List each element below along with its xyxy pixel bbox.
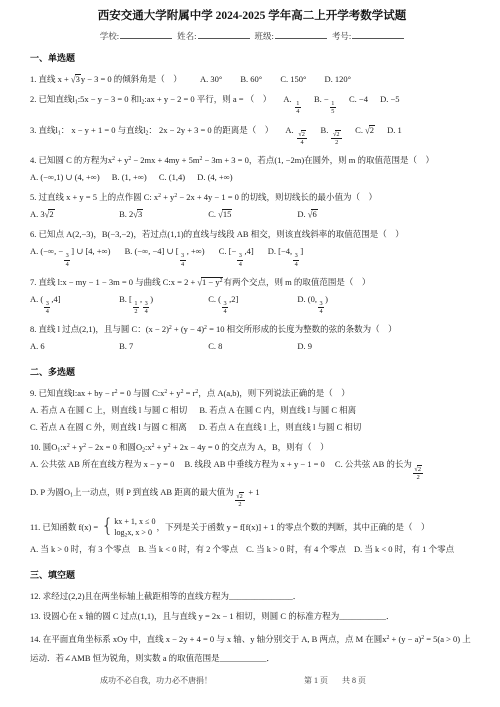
- field-school: 学校:: [100, 30, 172, 42]
- q7-option-a: A. (34,4]: [30, 293, 117, 316]
- q9-option-d: D. 若点 A 在直线 l 上，则直线 l 与圆 C 相切: [199, 421, 361, 433]
- q10-option-d: D. P 为圆O1上一动点，则 P 到直线 AB 距离的最大值为√22 + 1: [30, 486, 260, 509]
- q5-option-c: C. √15: [208, 208, 295, 220]
- question-2: 2. 已知直线l1:5x − y − 3 = 0 和l2:ax + y − 2 …: [30, 93, 474, 116]
- q13-stem: 13. 设圆心在 x 轴的圆 C 过点(1,1)，且与直线 y = 2x − 1…: [30, 611, 394, 621]
- question-13: 13. 设圆心在 x 轴的圆 C 过点(1,1)，且与直线 y = 2x − 1…: [30, 610, 474, 622]
- section-3-header: 三、填空题: [30, 570, 474, 581]
- exam-no-blank-line[interactable]: [352, 30, 404, 39]
- name-blank-line[interactable]: [198, 30, 250, 39]
- q4-option-a: A. (−∞,1) ∪ (4, +∞): [30, 171, 100, 183]
- q3-stem: 3. 直线l1： x − y + 1 = 0 与直线l2： 2x − 2y + …: [30, 125, 273, 135]
- q10-option-b: B. 线段 AB 中垂线方程为 x + y − 1 = 0: [185, 458, 325, 470]
- q14-stem: 14. 在平面直角坐标系 xOy 中，直线 x − 2y + 4 = 0 与 x…: [30, 634, 471, 663]
- q12-stem: 12. 求经过(2,2)且在两坐标轴上截距相等的直线方程为___________…: [30, 591, 301, 601]
- question-10-options-abc: A. 公共弦 AB 所在直线方程为 x − y = 0 B. 线段 AB 中垂线…: [30, 458, 474, 481]
- q11-option-c: C. 当 k > 0 时，有 4 个零点: [246, 543, 346, 555]
- name-label: 姓名:: [177, 31, 196, 41]
- q4-stem: 4. 已知圆 C 的方程为x2 + y2 − 2mx + 4my + 5m2 −…: [30, 155, 434, 165]
- field-name: 姓名:: [177, 30, 249, 42]
- page-footer: 成功不必自我，功力必不唐捐！ 第 1 页 共 8 页: [30, 676, 474, 686]
- q7-option-d: D. (0,34): [297, 293, 384, 316]
- question-9-options-ab: A. 若点 A 在圆 C 上，则直线 l 与圆 C 相切 B. 若点 A 在圆 …: [30, 404, 474, 416]
- page-number-total: 共 8 页: [342, 676, 366, 686]
- school-blank-line[interactable]: [120, 30, 172, 39]
- question-9: 9. 已知直线l:ax + by − r2 = 0 与圆 C:x2 + y2 =…: [30, 387, 474, 399]
- q3-option-d: D. 1: [387, 124, 402, 136]
- footer-motto: 成功不必自我，功力必不唐捐！: [100, 676, 212, 686]
- q10-stem: 10. 圆O1:x2 + y2 − 2x = 0 和圆O2:x2 + y2 + …: [30, 442, 329, 452]
- class-blank-line[interactable]: [275, 30, 327, 39]
- question-8-options: A. 6 B. 7 C. 8 D. 9: [30, 340, 474, 352]
- question-9-options-cd: C. 若点 A 在圆 C 外，则直线 l 与圆 C 相离 D. 若点 A 在直线…: [30, 421, 474, 433]
- q11-stem: 11. 已知函数 f(x) = {kx + 1, x ≤ 0log2x, x >…: [30, 522, 430, 532]
- q1-option-d: D. 120°: [325, 73, 352, 85]
- question-12: 12. 求经过(2,2)且在两坐标轴上截距相等的直线方程为___________…: [30, 590, 474, 602]
- exam-page: 西安交通大学附属中学 2024-2025 学年高二上开学考数学试题 学校: 姓名…: [0, 0, 500, 707]
- exam-no-label: 考号:: [332, 31, 351, 41]
- q3-option-a: A. √24: [285, 124, 308, 147]
- question-5-options: A. 3√2 B. 2√3 C. √15 D. √6: [30, 208, 474, 220]
- question-7-options: A. (34,4] B. [12,34) C. (34,2] D. (0,34): [30, 293, 474, 316]
- q3-option-c: C. √2: [355, 124, 375, 136]
- q1-option-b: B. 60°: [240, 73, 262, 85]
- question-1: 1. 直线 x + √3y − 3 = 0 的倾斜角是（ ） A. 30° B.…: [30, 73, 474, 85]
- q6-option-d: D. [−4,34]: [268, 245, 303, 268]
- q8-option-c: C. 8: [208, 340, 295, 352]
- q7-option-c: C. (34,2]: [208, 293, 295, 316]
- question-3: 3. 直线l1： x − y + 1 = 0 与直线l2： 2x − 2y + …: [30, 124, 474, 147]
- q2-option-d: D. −5: [380, 93, 399, 105]
- student-info-row: 学校: 姓名: 班级: 考号:: [30, 30, 474, 42]
- q6-stem: 6. 已知点 A(2,−3)，B(−3,−2)，若过点(1,1)的直线与线段 A…: [30, 229, 404, 239]
- q4-option-c: C. (1,4): [159, 171, 185, 183]
- q2-option-c: C. −4: [349, 93, 368, 105]
- q2-option-a: A. 14: [283, 93, 302, 116]
- q11-option-b: B. 当 k < 0 时，有 2 个零点: [138, 543, 238, 555]
- page-number-current: 第 1 页: [304, 676, 328, 686]
- q7-option-b: B. [12,34): [119, 293, 206, 316]
- q1-option-a: A. 30°: [200, 73, 222, 85]
- question-10-option-d: D. P 为圆O1上一动点，则 P 到直线 AB 距离的最大值为√22 + 1: [30, 486, 474, 509]
- q10-option-a: A. 公共弦 AB 所在直线方程为 x − y = 0: [30, 458, 174, 470]
- q6-option-a: A. (−∞, −34] ∪ [4, +∞): [30, 245, 110, 268]
- question-5: 5. 过直线 x + y = 5 上的点作圆 C: x2 + y2 − 2x +…: [30, 191, 474, 203]
- q11-option-a: A. 当 k > 0 时，有 3 个零点: [30, 543, 130, 555]
- q9-option-a: A. 若点 A 在圆 C 上，则直线 l 与圆 C 相切: [30, 404, 187, 416]
- question-8: 8. 直线 l 过点(2,1)，且与圆 C：(x − 2)2 + (y − 4)…: [30, 323, 474, 335]
- page-title: 西安交通大学附属中学 2024-2025 学年高二上开学考数学试题: [30, 8, 474, 24]
- q10-option-c: C. 公共弦 AB 的长为√22: [335, 458, 425, 481]
- q5-option-a: A. 3√2: [30, 208, 117, 220]
- question-7: 7. 直线 l:x − my − 1 − 3m = 0 与曲线 C:x = 2 …: [30, 276, 474, 288]
- q7-stem: 7. 直线 l:x − my − 1 − 3m = 0 与曲线 C:x = 2 …: [30, 277, 370, 287]
- q6-option-c: C. [−34,4]: [219, 245, 254, 268]
- q1-stem: 1. 直线 x + √3y − 3 = 0 的倾斜角是（ ）: [30, 74, 182, 84]
- q9-option-b: B. 若点 A 在圆 C 内，则直线 l 与圆 C 相离: [199, 404, 356, 416]
- question-4-options: A. (−∞,1) ∪ (4, +∞) B. (1, +∞) C. (1,4) …: [30, 171, 474, 183]
- q3-option-b: B. √22: [321, 124, 344, 147]
- q4-option-d: D. (4, +∞): [197, 171, 232, 183]
- class-label: 班级:: [255, 31, 274, 41]
- q5-option-d: D. √6: [297, 208, 384, 220]
- question-6: 6. 已知点 A(2,−3)，B(−3,−2)，若过点(1,1)的直线与线段 A…: [30, 228, 474, 240]
- section-2-header: 二、多选题: [30, 367, 474, 378]
- q5-option-b: B. 2√3: [119, 208, 206, 220]
- q6-option-b: B. (−∞, −4] ∪ [34, +∞): [125, 245, 205, 268]
- school-label: 学校:: [100, 31, 119, 41]
- question-14: 14. 在平面直角坐标系 xOy 中，直线 x − 2y + 4 = 0 与 x…: [30, 630, 474, 668]
- q9-option-c: C. 若点 A 在圆 C 外，则直线 l 与圆 C 相离: [30, 421, 187, 433]
- question-10: 10. 圆O1:x2 + y2 − 2x = 0 和圆O2:x2 + y2 + …: [30, 441, 474, 453]
- section-1-header: 一、单选题: [30, 53, 474, 64]
- field-exam-no: 考号:: [332, 30, 404, 42]
- q1-option-c: C. 150°: [280, 73, 306, 85]
- q11-option-d: D. 当 k < 0 时，有 1 个零点: [354, 543, 454, 555]
- q8-stem: 8. 直线 l 过点(2,1)，且与圆 C：(x − 2)2 + (y − 4)…: [30, 324, 397, 334]
- question-6-options: A. (−∞, −34] ∪ [4, +∞) B. (−∞, −4] ∪ [34…: [30, 245, 474, 268]
- q8-option-d: D. 9: [297, 340, 384, 352]
- q8-option-a: A. 6: [30, 340, 117, 352]
- q2-stem: 2. 已知直线l1:5x − y − 3 = 0 和l2:ax + y − 2 …: [30, 94, 271, 104]
- question-11: 11. 已知函数 f(x) = {kx + 1, x ≤ 0log2x, x >…: [30, 517, 474, 539]
- q8-option-b: B. 7: [119, 340, 206, 352]
- question-4: 4. 已知圆 C 的方程为x2 + y2 − 2mx + 4my + 5m2 −…: [30, 154, 474, 166]
- q2-option-b: B. −15: [314, 93, 337, 116]
- q5-stem: 5. 过直线 x + y = 5 上的点作圆 C: x2 + y2 − 2x +…: [30, 192, 377, 202]
- field-class: 班级:: [255, 30, 327, 42]
- question-11-options: A. 当 k > 0 时，有 3 个零点 B. 当 k < 0 时，有 2 个零…: [30, 543, 474, 555]
- q9-stem: 9. 已知直线l:ax + by − r2 = 0 与圆 C:x2 + y2 =…: [30, 388, 350, 398]
- q4-option-b: B. (1, +∞): [112, 171, 147, 183]
